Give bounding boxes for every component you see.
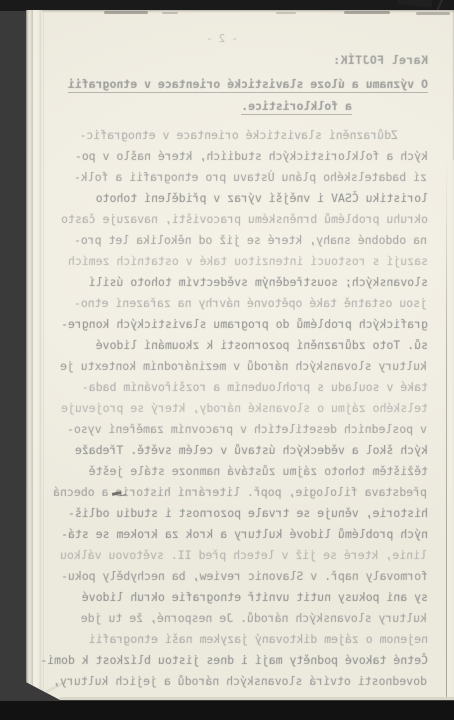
typescript-line: kultury slovanských národů. Je nesporné,… <box>57 608 427 629</box>
typescript-body: Zdůraznění slavistické orientace v etnog… <box>58 125 428 692</box>
mirrored-bleedthrough-layer: - 2 - Karel FOJTÍK: O významu a úloze sl… <box>0 0 454 720</box>
typescript-line: formovaly např. v Slavonic review, ba ne… <box>58 566 428 587</box>
typescript-line: telského zájmu o slovanské národy, který… <box>58 398 428 419</box>
typescript-line: kých škol a vědeckých ústavů v celém svě… <box>58 440 428 461</box>
typescript-line: jsou ostatně také opětovné návrhy na zař… <box>57 293 427 314</box>
typescript-line: zí badatelského plánu Ústavu pro etnogra… <box>57 167 427 188</box>
typescript-line: kých a folkloristických studiích, které … <box>58 146 428 167</box>
typescript-line: v posledních desetiletích v pracovním za… <box>57 419 427 440</box>
typescript-block: - 2 - Karel FOJTÍK: O významu a úloze sl… <box>58 32 428 692</box>
typescript-line: těžištěm tohoto zájmu zůstává namnoze st… <box>58 461 428 482</box>
typescript-line: kultury slovanských národů v mezinárodní… <box>57 356 427 377</box>
typescript-line: ných problémů lidové kultury a krok za k… <box>58 524 428 545</box>
typescript-line: sy ani pokusy nutit uvnitř etnografie ok… <box>58 587 428 608</box>
title-text-2: a folkloristice. <box>241 99 352 115</box>
author-line: Karel FOJTÍK: <box>58 50 428 68</box>
typescript-line: historie, věnuje se trvale pozornost i s… <box>58 503 428 524</box>
typescript-line: Zdůraznění slavistické orientace v etnog… <box>58 125 428 146</box>
typescript-line: loristiku ČSAV i vnější výraz v přidělen… <box>58 188 428 209</box>
title-text-1: O významu a úloze slavistické orientace … <box>68 77 428 93</box>
typescript-line: slovanských; soustředěným svědectvím toh… <box>58 272 428 293</box>
typescript-line: sů. Toto zdůraznění pozornosti k zkoumán… <box>58 335 428 356</box>
typescript-line: linie, které se již v letech před II. sv… <box>57 545 427 566</box>
typescript-line: sazují s rostoucí intenzitou také v osta… <box>58 251 428 272</box>
document-title-line-1: O významu a úloze slavistické orientace … <box>58 74 428 96</box>
typescript-line: okruhu problémů brněnskému pracovišti, n… <box>58 209 428 230</box>
typescript-line: nejenom o zájem diktovaný jazykem naší e… <box>58 629 428 650</box>
typescript-line: dovednosti otvírá slovanských národů a j… <box>57 671 427 692</box>
document-title-line-2: a folkloristice. <box>58 96 352 118</box>
typescript-line: představa filologie, popř. literární his… <box>57 482 427 503</box>
typescript-line: Četné takové podněty mají i dnes jistou … <box>58 650 428 671</box>
typescript-line: na obdobné snahy, které se již od několi… <box>57 230 427 251</box>
page-number: - 2 - <box>58 32 428 48</box>
typescript-line: také v souladu s prohloubením a rozšiřov… <box>58 377 428 398</box>
typescript-line: grafických problémů do programu slavisti… <box>58 314 428 335</box>
scanned-document-photo: - 2 - Karel FOJTÍK: O významu a úloze sl… <box>0 0 454 720</box>
